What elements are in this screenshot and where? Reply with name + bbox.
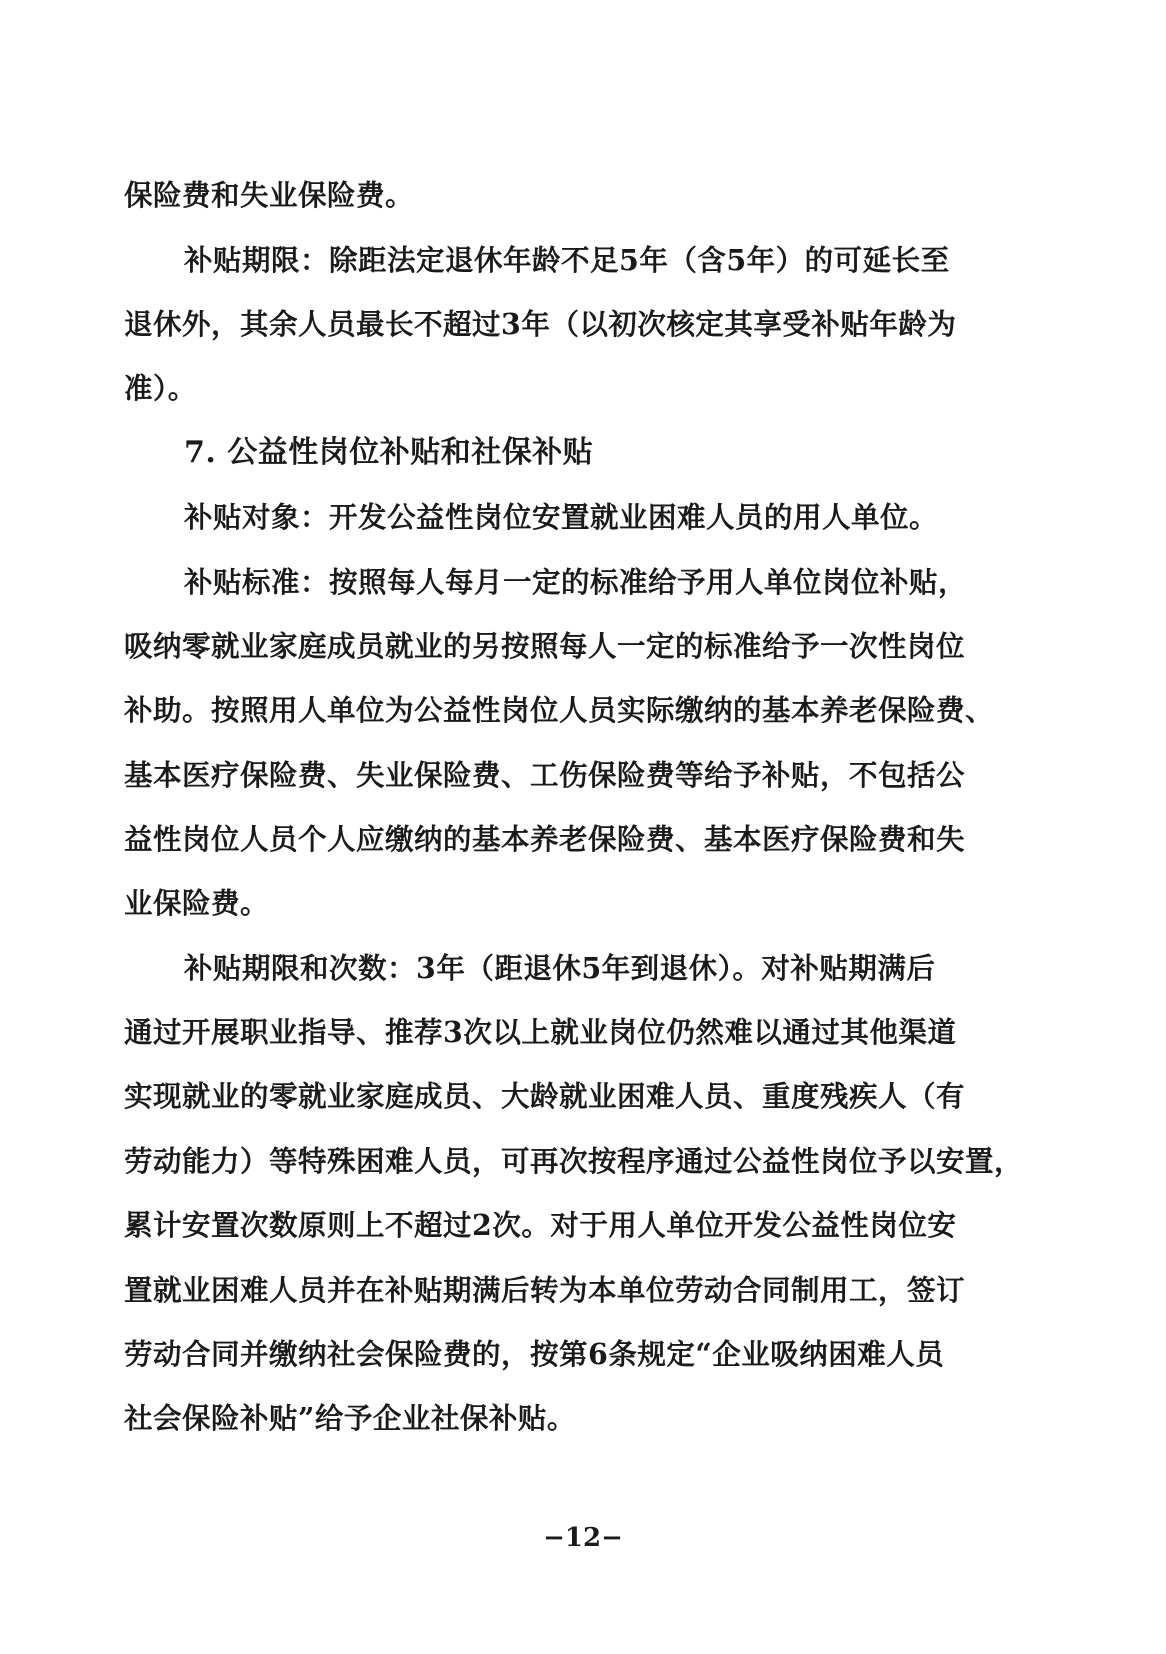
paragraph-line: 通过开展职业指导、推荐3次以上就业岗位仍然难以通过其他渠道 bbox=[124, 1012, 1039, 1052]
paragraph-line: 补贴期限：除距法定退休年龄不足5年（含5年）的可延长至 bbox=[184, 240, 1039, 280]
paragraph-line: 劳动能力）等特殊困难人员，可再次按程序通过公益性岗位予以安置， bbox=[124, 1141, 1039, 1181]
paragraph-line: 基本医疗保险费、失业保险费、工伤保险费等给予补贴，不包括公 bbox=[124, 755, 1039, 795]
paragraph-line: 补助。按照用人单位为公益性岗位人员实际缴纳的基本养老保险费、 bbox=[124, 690, 1039, 730]
paragraph-line: 退休外，其余人员最长不超过3年（以初次核定其享受补贴年龄为 bbox=[124, 304, 1039, 344]
paragraph-line: 补贴期限和次数：3年（距退休5年到退休）。对补贴期满后 bbox=[184, 948, 1039, 988]
document-page: 保险费和失业保险费。 补贴期限：除距法定退休年龄不足5年（含5年）的可延长至 退… bbox=[0, 0, 1166, 1654]
paragraph-line: 业保险费。 bbox=[124, 883, 1039, 923]
paragraph-line: 补贴对象：开发公益性岗位安置就业困难人员的用人单位。 bbox=[184, 497, 1039, 537]
paragraph-line: 置就业困难人员并在补贴期满后转为本单位劳动合同制用工，签订 bbox=[124, 1270, 1039, 1310]
paragraph-line: 累计安置次数原则上不超过2次。对于用人单位开发公益性岗位安 bbox=[124, 1205, 1039, 1245]
section-heading: 7. 公益性岗位补贴和社保补贴 bbox=[184, 433, 1039, 473]
paragraph-line: 社会保险补贴”给予企业社保补贴。 bbox=[124, 1398, 1039, 1438]
page-number: −12− bbox=[0, 1520, 1166, 1556]
paragraph-line: 补贴标准：按照每人每月一定的标准给予用人单位岗位补贴， bbox=[184, 562, 1039, 602]
paragraph-line: 保险费和失业保险费。 bbox=[124, 175, 1039, 215]
paragraph-line: 吸纳零就业家庭成员就业的另按照每人一定的标准给予一次性岗位 bbox=[124, 626, 1039, 666]
paragraph-line: 劳动合同并缴纳社会保险费的，按第6条规定“企业吸纳困难人员 bbox=[124, 1334, 1039, 1374]
paragraph-line: 准）。 bbox=[124, 368, 1039, 408]
paragraph-line: 益性岗位人员个人应缴纳的基本养老保险费、基本医疗保险费和失 bbox=[124, 819, 1039, 859]
paragraph-line: 实现就业的零就业家庭成员、大龄就业困难人员、重度残疾人（有 bbox=[124, 1076, 1039, 1116]
